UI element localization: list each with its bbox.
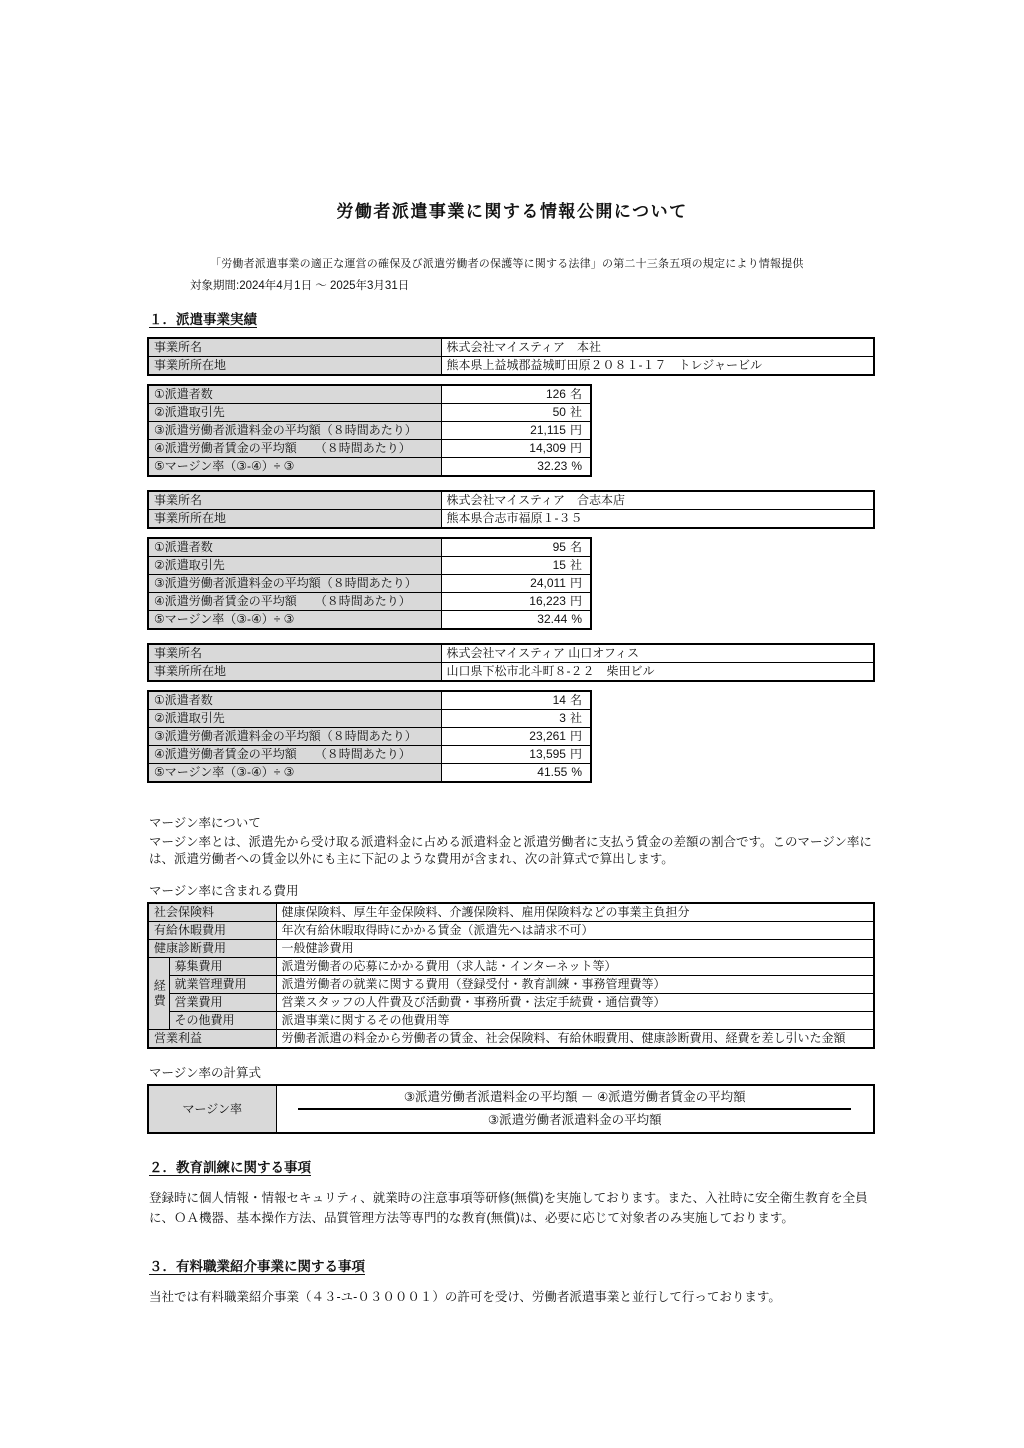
- office-stats-table: ①派遣者数 126名 ②派遣取引先 50社 ③派遣労働者派遣料金の平均額（８時間…: [147, 384, 592, 477]
- stat-label: ④派遣労働者賃金の平均額 （８時間あたり）: [148, 440, 441, 458]
- fraction: ③派遣労働者派遣料金の平均額 － ④派遣労働者賃金の平均額 ③派遣労働者派遣料金…: [298, 1089, 851, 1129]
- margin-about-heading: マージン率について: [149, 813, 878, 831]
- table-row: ④派遣労働者賃金の平均額 （８時間あたり） 13,595円: [148, 746, 591, 764]
- table-row: ③派遣労働者派遣料金の平均額（８時間あたり） 23,261円: [148, 728, 591, 746]
- table-row: ③派遣労働者派遣料金の平均額（８時間あたり） 24,011円: [148, 575, 591, 593]
- stat-unit: %: [571, 459, 582, 473]
- stat-value-cell: 21,115円: [441, 422, 591, 440]
- office-address-value: 山口県下松市北斗町８-２２ 柴田ビル: [441, 663, 874, 682]
- formula-fraction-cell: ③派遣労働者派遣料金の平均額 － ④派遣労働者賃金の平均額 ③派遣労働者派遣料金…: [276, 1085, 874, 1133]
- stat-label: ①派遣者数: [148, 538, 441, 557]
- table-row: ⑤マージン率（③-④）÷ ③ 32.44%: [148, 611, 591, 630]
- profit-desc: 労働者派遣の料金から労働者の賃金、社会保険料、有給休暇費用、健康診断費用、経費を…: [276, 1030, 874, 1049]
- margin-formula-table: マージン率 ③派遣労働者派遣料金の平均額 － ④派遣労働者賃金の平均額 ③派遣労…: [147, 1084, 875, 1134]
- office-name-value: 株式会社マイスティア 山口オフィス: [441, 644, 874, 663]
- stat-label: ③派遣労働者派遣料金の平均額（８時間あたり）: [148, 422, 441, 440]
- stat-value: 23,261: [529, 729, 566, 743]
- section2-heading: ２．教育訓練に関する事項: [149, 1156, 878, 1176]
- stat-value: 16,223: [529, 594, 566, 608]
- office-name-label: 事業所名: [148, 644, 441, 663]
- cost-sublabel: 就業管理費用: [169, 976, 276, 994]
- table-row: ①派遣者数 126名: [148, 385, 591, 404]
- cost-desc: 一般健診費用: [276, 940, 874, 958]
- table-row: ②派遣取引先 50社: [148, 404, 591, 422]
- table-row: ②派遣取引先 3社: [148, 710, 591, 728]
- table-row: ⑤マージン率（③-④）÷ ③ 41.55%: [148, 764, 591, 783]
- margin-about-text: マージン率とは、派遣先から受け取る派遣料金に占める派遣料金と派遣労働者に支払う賃…: [149, 834, 880, 868]
- office-address-value: 熊本県上益城郡益城町田原２０８１-１７ トレジャービル: [441, 357, 874, 376]
- stat-unit: 円: [570, 423, 582, 437]
- stat-value-cell: 16,223円: [441, 593, 591, 611]
- section3-body: 当社では有料職業紹介事業（４３-ユ‐０３０００１）の許可を受け、労働者派遣事業と…: [149, 1287, 880, 1307]
- cost-label: 有給休暇費用: [148, 922, 276, 940]
- table-row: 営業費用 営業スタッフの人件費及び活動費・事務所費・法定手続費・通信費等）: [148, 994, 874, 1012]
- cost-sublabel: その他費用: [169, 1012, 276, 1030]
- stat-label: ②派遣取引先: [148, 404, 441, 422]
- cost-label: 健康診断費用: [148, 940, 276, 958]
- document-page: 労働者派遣事業に関する情報公開について 「労働者派遣事業の適正な運営の確保及び派…: [0, 0, 1024, 1448]
- stat-value: 15: [553, 558, 566, 572]
- cost-sublabel: 営業費用: [169, 994, 276, 1012]
- cost-desc: 派遣労働者の応募にかかる費用（求人誌・インターネット等）: [276, 958, 874, 976]
- stat-value: 14,309: [529, 441, 566, 455]
- table-row: 就業管理費用 派遣労働者の就業に関する費用（登録受付・教育訓練・事務管理費等）: [148, 976, 874, 994]
- table-row: 有給休暇費用 年次有給休暇取得時にかかる賃金（派遣先へは請求不可）: [148, 922, 874, 940]
- stat-label: ①派遣者数: [148, 385, 441, 404]
- table-row: 経費 募集費用 派遣労働者の応募にかかる費用（求人誌・インターネット等）: [148, 958, 874, 976]
- stat-value: 21,115: [530, 423, 566, 437]
- office-address-label: 事業所所在地: [148, 663, 441, 682]
- stat-label: ⑤マージン率（③-④）÷ ③: [148, 458, 441, 477]
- table-row: 営業利益 労働者派遣の料金から労働者の賃金、社会保険料、有給休暇費用、健康診断費…: [148, 1030, 874, 1049]
- stat-unit: 社: [570, 405, 582, 419]
- fraction-denominator: ③派遣労働者派遣料金の平均額: [298, 1110, 851, 1129]
- stat-value-cell: 13,595円: [441, 746, 591, 764]
- costs-heading: マージン率に含まれる費用: [149, 881, 878, 899]
- office-name-value: 株式会社マイスティア 本社: [441, 338, 874, 357]
- section3-heading: ３．有料職業紹介事業に関する事項: [149, 1255, 878, 1275]
- stat-unit: 円: [570, 441, 582, 455]
- stat-unit: %: [571, 765, 582, 779]
- table-row: その他費用 派遣事業に関するその他費用等: [148, 1012, 874, 1030]
- stat-unit: 社: [570, 558, 582, 572]
- table-row: ④派遣労働者賃金の平均額 （８時間あたり） 16,223円: [148, 593, 591, 611]
- stat-value-cell: 32.23%: [441, 458, 591, 477]
- stat-value-cell: 14名: [441, 691, 591, 710]
- stat-value: 50: [553, 405, 566, 419]
- office-name-label: 事業所名: [148, 338, 441, 357]
- fraction-numerator: ③派遣労働者派遣料金の平均額 － ④派遣労働者賃金の平均額: [298, 1089, 851, 1110]
- stat-unit: %: [571, 612, 582, 626]
- table-row: 事業所名 株式会社マイスティア 山口オフィス: [148, 644, 874, 663]
- cost-desc: 年次有給休暇取得時にかかる賃金（派遣先へは請求不可）: [276, 922, 874, 940]
- table-row: ②派遣取引先 15社: [148, 557, 591, 575]
- cost-desc: 派遣事業に関するその他費用等: [276, 1012, 874, 1030]
- office-name-label: 事業所名: [148, 491, 441, 510]
- stat-value-cell: 95名: [441, 538, 591, 557]
- office-address-value: 熊本県合志市福原１-３５: [441, 510, 874, 529]
- stat-label: ①派遣者数: [148, 691, 441, 710]
- stat-value: 24,011: [530, 576, 566, 590]
- office-stats-table: ①派遣者数 95名 ②派遣取引先 15社 ③派遣労働者派遣料金の平均額（８時間あ…: [147, 537, 592, 630]
- stat-label: ⑤マージン率（③-④）÷ ③: [148, 764, 441, 783]
- table-row: ③派遣労働者派遣料金の平均額（８時間あたり） 21,115円: [148, 422, 591, 440]
- page-title: 労働者派遣事業に関する情報公開について: [0, 197, 1024, 222]
- formula-heading: マージン率の計算式: [149, 1063, 878, 1081]
- table-row: ①派遣者数 95名: [148, 538, 591, 557]
- section1-heading: １．派遣事業実績: [149, 308, 878, 328]
- table-row: 健康診断費用 一般健診費用: [148, 940, 874, 958]
- stat-value-cell: 50社: [441, 404, 591, 422]
- stat-value-cell: 15社: [441, 557, 591, 575]
- table-row: 事業所所在地 熊本県合志市福原１-３５: [148, 510, 874, 529]
- keihi-group-label: 経費: [148, 958, 169, 1030]
- office-name-value: 株式会社マイスティア 合志本店: [441, 491, 874, 510]
- stat-value: 32.23: [537, 459, 567, 473]
- table-row: ⑤マージン率（③-④）÷ ③ 32.23%: [148, 458, 591, 477]
- cost-desc: 営業スタッフの人件費及び活動費・事務所費・法定手続費・通信費等）: [276, 994, 874, 1012]
- office-address-label: 事業所所在地: [148, 510, 441, 529]
- stat-value-cell: 3社: [441, 710, 591, 728]
- office-info-table: 事業所名 株式会社マイスティア 山口オフィス 事業所所在地 山口県下松市北斗町８…: [147, 643, 875, 682]
- cost-sublabel: 募集費用: [169, 958, 276, 976]
- office-block-koshi: 事業所名 株式会社マイスティア 合志本店 事業所所在地 熊本県合志市福原１-３５…: [147, 490, 878, 630]
- stat-label: ③派遣労働者派遣料金の平均額（８時間あたり）: [148, 728, 441, 746]
- office-block-honsha: 事業所名 株式会社マイスティア 本社 事業所所在地 熊本県上益城郡益城町田原２０…: [147, 337, 878, 477]
- stat-value-cell: 24,011円: [441, 575, 591, 593]
- cost-desc: 派遣労働者の就業に関する費用（登録受付・教育訓練・事務管理費等）: [276, 976, 874, 994]
- stat-value: 3: [559, 711, 566, 725]
- office-stats-table: ①派遣者数 14名 ②派遣取引先 3社 ③派遣労働者派遣料金の平均額（８時間あた…: [147, 690, 592, 783]
- stat-value-cell: 126名: [441, 385, 591, 404]
- stat-value: 13,595: [529, 747, 566, 761]
- stat-value: 41.55: [537, 765, 567, 779]
- legal-reference-text: 「労働者派遣事業の適正な運営の確保及び派遣労働者の保護等に関する法律」の第二十三…: [210, 255, 1024, 271]
- office-block-yamaguchi: 事業所名 株式会社マイスティア 山口オフィス 事業所所在地 山口県下松市北斗町８…: [147, 643, 878, 783]
- office-address-label: 事業所所在地: [148, 357, 441, 376]
- table-row: ①派遣者数 14名: [148, 691, 591, 710]
- stat-unit: 円: [570, 576, 582, 590]
- table-row: 事業所所在地 山口県下松市北斗町８-２２ 柴田ビル: [148, 663, 874, 682]
- stat-value-cell: 41.55%: [441, 764, 591, 783]
- stat-value: 14: [553, 693, 566, 707]
- stat-value-cell: 14,309円: [441, 440, 591, 458]
- section2-body: 登録時に個人情報・情報セキュリティ、就業時の注意事項等研修(無償)を実施しており…: [149, 1188, 880, 1228]
- stat-value-cell: 32.44%: [441, 611, 591, 630]
- stat-value-cell: 23,261円: [441, 728, 591, 746]
- stat-unit: 円: [570, 747, 582, 761]
- office-info-table: 事業所名 株式会社マイスティア 本社 事業所所在地 熊本県上益城郡益城町田原２０…: [147, 337, 875, 376]
- stat-value: 126: [546, 387, 566, 401]
- cost-label: 社会保険料: [148, 903, 276, 922]
- stat-unit: 円: [570, 594, 582, 608]
- stat-unit: 名: [570, 540, 582, 554]
- stat-value: 32.44: [537, 612, 567, 626]
- stat-label: ②派遣取引先: [148, 710, 441, 728]
- table-row: 事業所名 株式会社マイスティア 合志本店: [148, 491, 874, 510]
- stat-label: ④派遣労働者賃金の平均額 （８時間あたり）: [148, 746, 441, 764]
- document-body: １．派遣事業実績 事業所名 株式会社マイスティア 本社 事業所所在地 熊本県上益…: [147, 308, 878, 1307]
- table-row: ④派遣労働者賃金の平均額 （８時間あたり） 14,309円: [148, 440, 591, 458]
- table-row: マージン率 ③派遣労働者派遣料金の平均額 － ④派遣労働者賃金の平均額 ③派遣労…: [148, 1085, 874, 1133]
- table-row: 事業所所在地 熊本県上益城郡益城町田原２０８１-１７ トレジャービル: [148, 357, 874, 376]
- profit-label: 営業利益: [148, 1030, 276, 1049]
- stat-unit: 名: [570, 693, 582, 707]
- formula-label: マージン率: [148, 1085, 276, 1133]
- target-period-text: 対象期間:2024年4月1日 ～ 2025年3月31日: [190, 277, 1024, 293]
- office-info-table: 事業所名 株式会社マイスティア 合志本店 事業所所在地 熊本県合志市福原１-３５: [147, 490, 875, 529]
- stat-unit: 円: [570, 729, 582, 743]
- stat-value: 95: [553, 540, 566, 554]
- cost-desc: 健康保険料、厚生年金保険料、介護保険料、雇用保険料などの事業主負担分: [276, 903, 874, 922]
- stat-label: ②派遣取引先: [148, 557, 441, 575]
- stat-label: ④派遣労働者賃金の平均額 （８時間あたり）: [148, 593, 441, 611]
- stat-unit: 名: [570, 387, 582, 401]
- table-row: 社会保険料 健康保険料、厚生年金保険料、介護保険料、雇用保険料などの事業主負担分: [148, 903, 874, 922]
- stat-unit: 社: [570, 711, 582, 725]
- stat-label: ③派遣労働者派遣料金の平均額（８時間あたり）: [148, 575, 441, 593]
- table-row: 事業所名 株式会社マイスティア 本社: [148, 338, 874, 357]
- stat-label: ⑤マージン率（③-④）÷ ③: [148, 611, 441, 630]
- margin-costs-table: 社会保険料 健康保険料、厚生年金保険料、介護保険料、雇用保険料などの事業主負担分…: [147, 902, 875, 1049]
